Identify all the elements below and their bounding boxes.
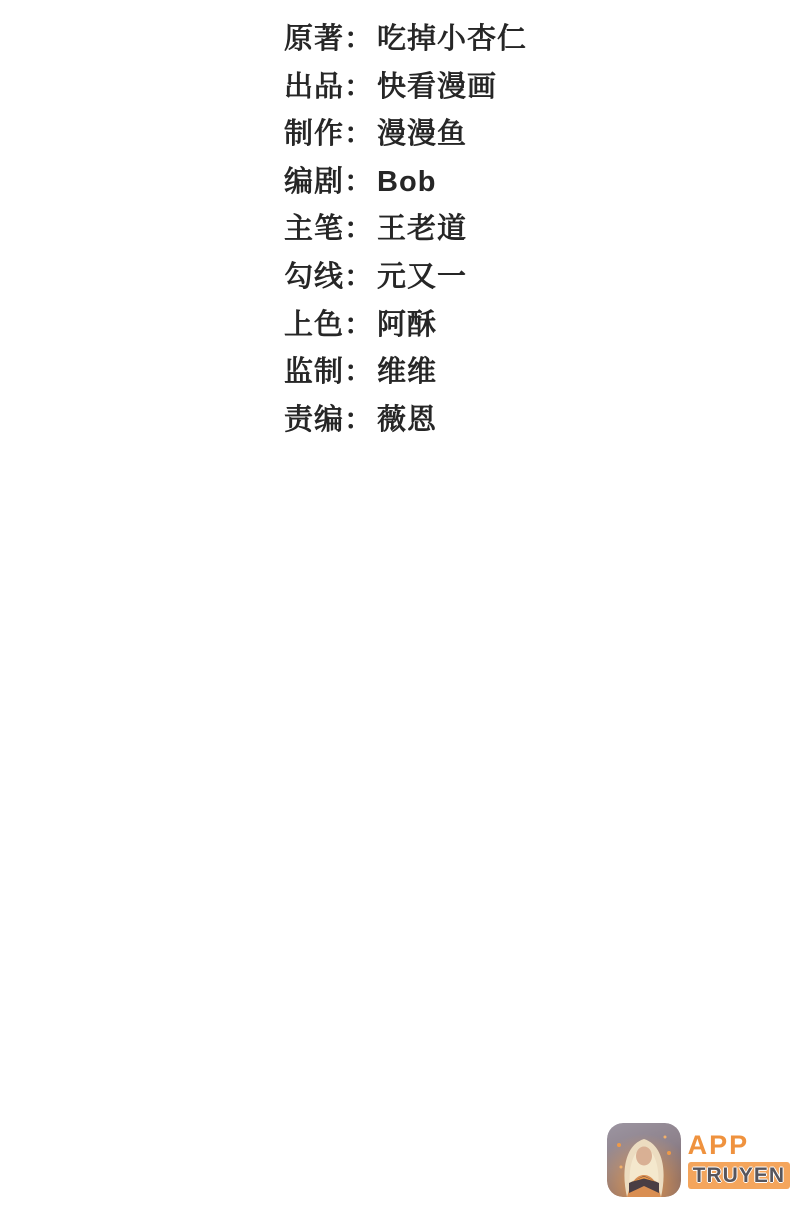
credit-colon: ： xyxy=(344,23,374,55)
credits-block: 原著：吃掉小杏仁 出品：快看漫画 制作：漫漫鱼 编剧：Bob 主笔：王老道 勾线… xyxy=(284,16,527,444)
credit-label: 监制 xyxy=(284,356,344,388)
credit-label: 出品 xyxy=(284,71,344,103)
credit-label: 原著 xyxy=(284,23,344,55)
credit-label: 编剧 xyxy=(284,166,344,198)
app-watermark-text: APP TRUYEN xyxy=(688,1131,790,1189)
credit-colon: ： xyxy=(344,118,374,150)
credit-colon: ： xyxy=(344,71,374,103)
credit-label: 制作 xyxy=(284,118,344,150)
credit-value: 王老道 xyxy=(377,213,467,245)
credit-value: 漫漫鱼 xyxy=(377,118,467,150)
credit-value: Bob xyxy=(377,166,436,198)
credit-row-editor: 责编：薇恩 xyxy=(284,397,527,445)
credit-label: 勾线 xyxy=(284,261,344,293)
credit-value: 维维 xyxy=(377,356,437,388)
app-name-badge: TRUYEN xyxy=(688,1162,790,1189)
credit-row-line-art: 勾线：元又一 xyxy=(284,254,527,302)
credit-label: 主笔 xyxy=(284,213,344,245)
credit-row-lead-artist: 主笔：王老道 xyxy=(284,206,527,254)
credit-label: 责编 xyxy=(284,404,344,436)
credit-colon: ： xyxy=(344,356,374,388)
credit-row-original-author: 原著：吃掉小杏仁 xyxy=(284,16,527,64)
credit-value: 阿酥 xyxy=(377,309,437,341)
app-watermark: APP TRUYEN xyxy=(607,1123,790,1197)
credit-colon: ： xyxy=(344,309,374,341)
app-name-top: APP xyxy=(688,1131,750,1159)
credit-row-publisher: 出品：快看漫画 xyxy=(284,64,527,112)
credit-value: 元又一 xyxy=(377,261,467,293)
credit-row-production: 制作：漫漫鱼 xyxy=(284,111,527,159)
credit-row-coloring: 上色：阿酥 xyxy=(284,302,527,350)
credit-colon: ： xyxy=(344,404,374,436)
credit-label: 上色 xyxy=(284,309,344,341)
credit-value: 快看漫画 xyxy=(377,71,497,103)
credit-colon: ： xyxy=(344,166,374,198)
credit-colon: ： xyxy=(344,261,374,293)
credit-colon: ： xyxy=(344,213,374,245)
credit-value: 吃掉小杏仁 xyxy=(377,23,527,55)
credit-row-screenwriter: 编剧：Bob xyxy=(284,159,527,207)
credit-value: 薇恩 xyxy=(377,404,437,436)
credit-row-supervisor: 监制：维维 xyxy=(284,349,527,397)
comic-credits-page: 原著：吃掉小杏仁 出品：快看漫画 制作：漫漫鱼 编剧：Bob 主笔：王老道 勾线… xyxy=(0,0,800,1208)
reading-girl-app-icon xyxy=(607,1123,681,1197)
